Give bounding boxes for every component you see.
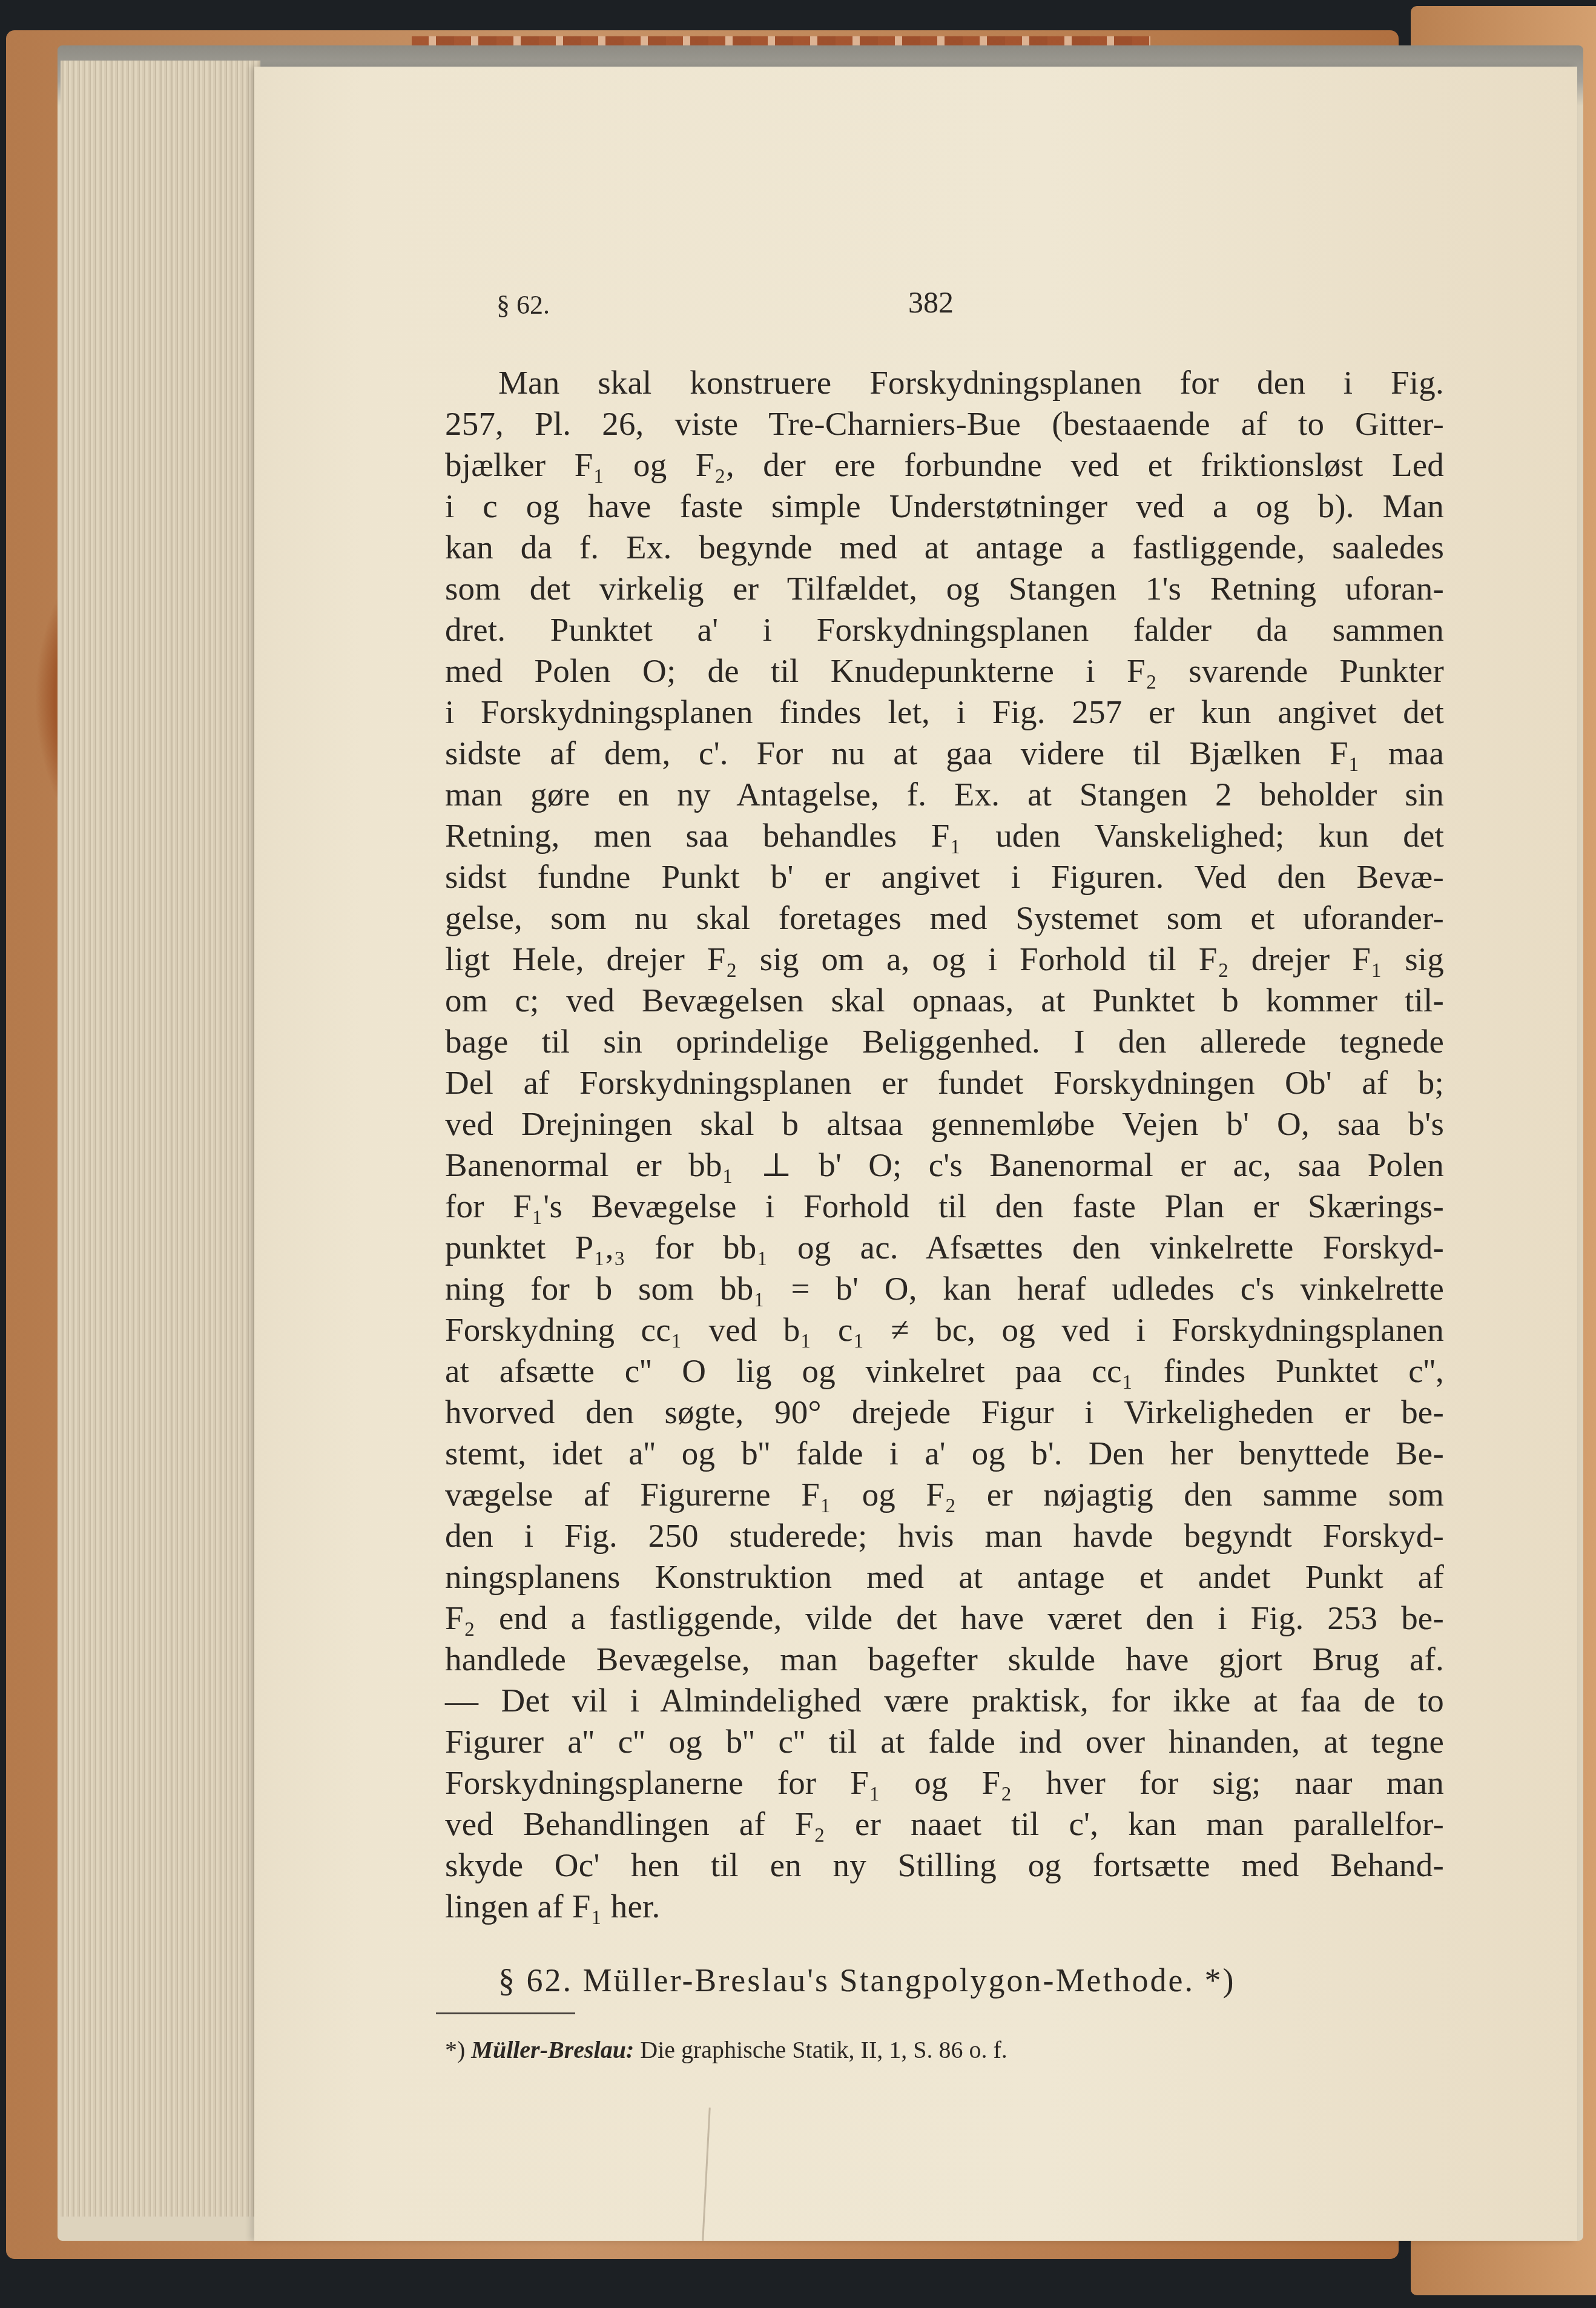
footnote-marker: *) (445, 2036, 465, 2063)
text-line: som det virkelig er Tilfældet, og Stange… (445, 569, 1444, 608)
page-number: 382 (908, 285, 954, 320)
text-line: stemt, idet a'' og b'' falde i a' og b'.… (445, 1434, 1444, 1473)
text-line: bjælker F₁ og F₂, der ere forbundne ved … (445, 446, 1444, 484)
text-line: gelse, som nu skal foretages med Systeme… (445, 899, 1444, 937)
text-line: ved Drejningen skal b altsaa gennemløbe … (445, 1105, 1444, 1143)
text-line: bage til sin oprindelige Beliggenhed. I … (445, 1022, 1444, 1061)
text-line: med Polen O; de til Knudepunkterne i F₂ … (445, 652, 1444, 690)
text-line: Forskydning cc₁ ved b₁ c₁ ≠ bc, og ved i… (445, 1311, 1444, 1349)
text-line: Del af Forskydningsplanen er fundet Fors… (445, 1063, 1444, 1102)
text-line: sidste af dem, c'. For nu at gaa videre … (445, 734, 1444, 773)
text-line: for F₁'s Bevægelse i Forhold til den fas… (445, 1187, 1444, 1226)
page-stack (61, 61, 260, 2217)
text-line: Banenormal er bb₁ ⊥ b' O; c's Banenormal… (445, 1146, 1444, 1185)
text-line: man gøre en ny Antagelse, f. Ex. at Stan… (445, 775, 1444, 814)
footnote-author: Müller-Breslau: (471, 2036, 634, 2063)
section-heading: § 62. Müller-Breslau's Stangpolygon-Meth… (498, 1959, 1443, 2002)
section-ref: § 62. (496, 289, 550, 320)
footnote-rule (436, 2012, 575, 2014)
text-line: handlede Bevægelse, man bagefter skulde … (445, 1640, 1444, 1679)
text-line: lingen af F₁ her. (445, 1887, 1444, 1926)
text-line: F₂ end a fastliggende, vilde det have væ… (445, 1599, 1444, 1638)
text-line: 257, Pl. 26, viste Tre-Charniers-Bue (be… (445, 405, 1444, 443)
text-line: skyde Oc' hen til en ny Stilling og fort… (445, 1846, 1444, 1885)
text-line: kan da f. Ex. begynde med at antage a fa… (445, 528, 1444, 567)
text-line: hvorved den søgte, 90° drejede Figur i V… (445, 1393, 1444, 1432)
text-line: sidst fundne Punkt b' er angivet i Figur… (445, 858, 1444, 896)
text-line: om c; ved Bevægelsen skal opnaas, at Pun… (445, 981, 1444, 1020)
text-line: Forskydningsplanerne for F₁ og F₂ hver f… (445, 1764, 1444, 1802)
text-line: Retning, men saa behandles F₁ uden Vansk… (445, 816, 1444, 855)
footnote: *) Müller-Breslau: Die graphische Statik… (445, 2035, 1293, 2065)
text-line: ningsplanens Konstruktion med at antage … (445, 1558, 1444, 1596)
text-line: dret. Punktet a' i Forskydningsplanen fa… (445, 610, 1444, 649)
text-line: vægelse af Figurerne F₁ og F₂ er nøjagti… (445, 1475, 1444, 1514)
text-line: ning for b som bb₁ = b' O, kan heraf udl… (445, 1269, 1444, 1308)
text-line: den i Fig. 250 studerede; hvis man havde… (445, 1516, 1444, 1555)
text-line: at afsætte c'' O lig og vinkelret paa cc… (445, 1352, 1444, 1390)
text-line: i c og have faste simple Understøtninger… (445, 487, 1444, 526)
text-line: ligt Hele, drejer F₂ sig om a, og i Forh… (445, 940, 1444, 979)
text-line: i Forskydningsplanen findes let, i Fig. … (445, 693, 1444, 732)
text-line: — Det vil i Almindelighed være praktisk,… (445, 1681, 1444, 1720)
text-line: ved Behandlingen af F₂ er naaet til c', … (445, 1805, 1444, 1843)
footnote-text: Die graphische Statik, II, 1, S. 86 o. f… (640, 2036, 1007, 2063)
text-line: Figurer a'' c'' og b'' c'' til at falde … (445, 1722, 1444, 1761)
text-line: Man skal konstruere Forskydningsplanen f… (445, 363, 1444, 402)
text-line: punktet P₁,₃ for bb₁ og ac. Afsættes den… (445, 1228, 1444, 1267)
